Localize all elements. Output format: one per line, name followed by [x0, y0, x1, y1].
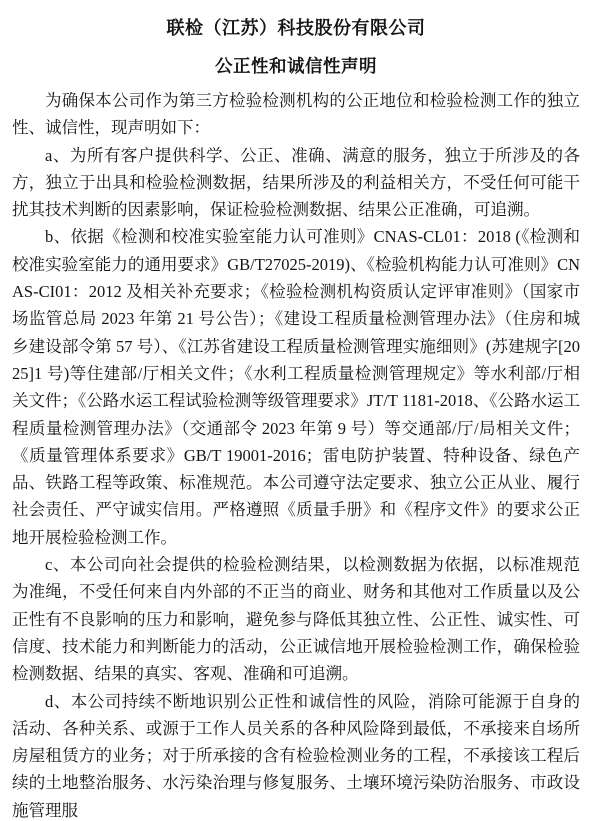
paragraph-item-a: a、为所有客户提供科学、公正、准确、满意的服务，独立于所涉及的各方，独立于出具和… [12, 142, 580, 224]
company-title: 联检（江苏）科技股份有限公司 [12, 16, 580, 40]
paragraph-item-c: c、本公司向社会提供的检验检测结果，以检测数据为依据，以标准规范为准绳，不受任何… [12, 551, 580, 687]
paragraph-item-b: b、依据《检测和校准实验室能力认可准则》CNAS-CL01：2018 (《检测和… [12, 223, 580, 551]
paragraph-intro: 为确保本公司作为第三方检验检测机构的公正地位和检验检测工作的独立性、诚信性，现声… [12, 87, 580, 142]
document-page: { "document": { "title": "联检（江苏）科技股份有限公司… [0, 0, 589, 821]
declaration-document: 联检（江苏）科技股份有限公司 公正性和诚信性声明 为确保本公司作为第三方检验检测… [0, 0, 589, 821]
paragraph-item-d: d、本公司持续不断地识别公正性和诚信性的风险，消除可能源于自身的活动、各种关系、… [12, 688, 580, 821]
document-subtitle: 公正性和诚信性声明 [12, 54, 580, 78]
document-body: 为确保本公司作为第三方检验检测机构的公正地位和检验检测工作的独立性、诚信性，现声… [12, 87, 580, 821]
